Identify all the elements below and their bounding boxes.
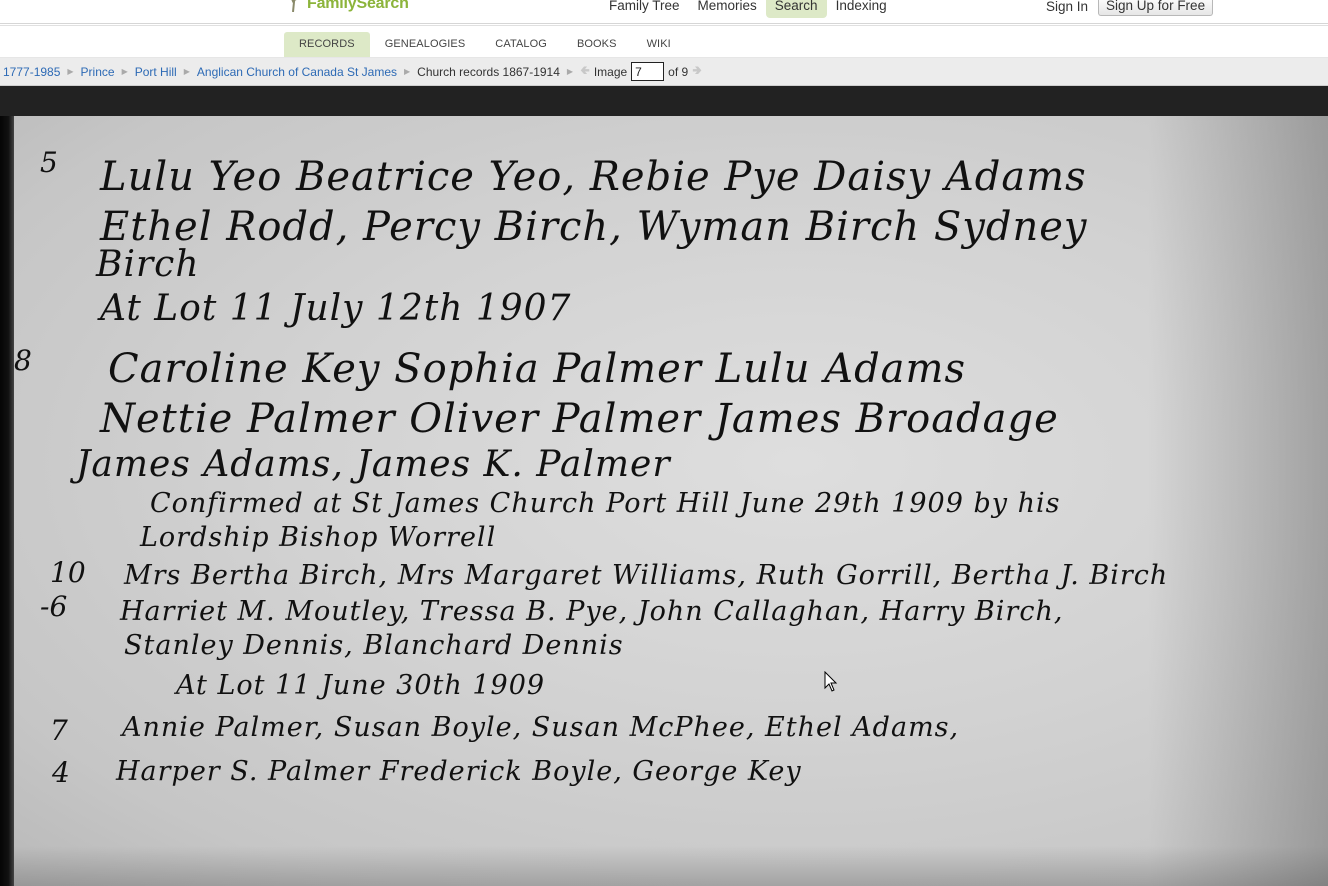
handwritten-line: Confirmed at St James Church Port Hill J…	[150, 488, 1060, 519]
breadcrumb: 1777-1985 ▶ Prince ▶ Port Hill ▶ Anglica…	[0, 58, 1328, 86]
page-edge	[0, 116, 14, 886]
tab-books[interactable]: BOOKS	[562, 32, 632, 57]
handwritten-line: Ethel Rodd, Percy Birch, Wyman Birch Syd…	[100, 204, 1088, 250]
breadcrumb-item-prince[interactable]: Prince	[81, 65, 115, 79]
handwritten-line: Stanley Dennis, Blanchard Dennis	[124, 630, 624, 661]
next-image-arrow-icon[interactable]: 🢂	[692, 61, 702, 82]
viewer-toolbar	[0, 86, 1328, 116]
image-total: of 9	[668, 65, 688, 79]
sign-up-button[interactable]: Sign Up for Free	[1098, 0, 1213, 16]
handwritten-line: Harper S. Palmer Frederick Boyle, George…	[116, 756, 802, 787]
page-shadow-bottom	[0, 846, 1328, 886]
chevron-right-icon: ▶	[60, 67, 80, 76]
logo-text: FamilySearch	[307, 0, 409, 13]
tab-catalog[interactable]: CATALOG	[480, 32, 562, 57]
handwritten-line: James Adams, James K. Palmer	[76, 444, 671, 485]
tab-wiki[interactable]: WIKI	[632, 32, 686, 57]
handwritten-line: Birch	[96, 244, 200, 285]
tab-records[interactable]: RECORDS	[284, 32, 370, 57]
tab-genealogies[interactable]: GENEALOGIES	[370, 32, 481, 57]
tree-logo-icon	[290, 0, 304, 12]
top-header: FamilySearch Family Tree Memories Search…	[0, 0, 1328, 24]
image-label: Image	[594, 65, 627, 79]
margin-number: 4	[52, 756, 70, 789]
nav-search[interactable]: Search	[766, 0, 827, 18]
margin-number: 8	[14, 344, 32, 377]
previous-image-arrow-icon[interactable]: 🢀	[580, 61, 590, 82]
chevron-right-icon: ▶	[177, 67, 197, 76]
handwritten-line: Annie Palmer, Susan Boyle, Susan McPhee,…	[122, 712, 959, 743]
breadcrumb-item-port-hill[interactable]: Port Hill	[135, 65, 177, 79]
sub-header: RECORDS GENEALOGIES CATALOG BOOKS WIKI	[0, 25, 1328, 58]
handwritten-line: At Lot 11 June 30th 1909	[176, 670, 545, 701]
handwritten-line: Lordship Bishop Worrell	[140, 522, 496, 553]
breadcrumb-item-church[interactable]: Anglican Church of Canada St James	[197, 65, 397, 79]
page-shadow-right	[1148, 116, 1328, 886]
sub-nav: RECORDS GENEALOGIES CATALOG BOOKS WIKI	[284, 32, 686, 57]
nav-indexing[interactable]: Indexing	[827, 0, 896, 18]
margin-number: 10	[50, 556, 86, 589]
margin-number: 5	[40, 146, 58, 179]
image-number-input[interactable]	[631, 62, 664, 81]
handwritten-line: Lulu Yeo Beatrice Yeo, Rebie Pye Daisy A…	[100, 154, 1087, 200]
breadcrumb-item-records: Church records 1867-1914	[417, 65, 560, 79]
mouse-cursor-icon	[824, 671, 838, 693]
breadcrumb-item-years[interactable]: 1777-1985	[3, 65, 60, 79]
handwritten-line: Caroline Key Sophia Palmer Lulu Adams	[108, 346, 966, 392]
handwritten-line: Harriet M. Moutley, Tressa B. Pye, John …	[120, 596, 1063, 627]
image-navigator: 🢀 Image of 9 🢂	[580, 61, 702, 82]
chevron-right-icon: ▶	[115, 67, 135, 76]
margin-number: -6	[40, 590, 67, 623]
handwritten-line: Nettie Palmer Oliver Palmer James Broada…	[100, 396, 1059, 442]
handwritten-line: At Lot 11 July 12th 1907	[100, 288, 571, 329]
handwritten-line: Mrs Bertha Birch, Mrs Margaret Williams,…	[124, 560, 1168, 591]
main-nav: Family Tree Memories Search Indexing	[600, 0, 896, 18]
auth-area: Sign In Sign Up for Free	[1046, 0, 1213, 18]
margin-number: 7	[50, 714, 68, 747]
familysearch-logo[interactable]: FamilySearch	[290, 0, 409, 14]
chevron-right-icon: ▶	[560, 67, 580, 76]
chevron-right-icon: ▶	[397, 67, 417, 76]
record-image-viewer[interactable]: Lulu Yeo Beatrice Yeo, Rebie Pye Daisy A…	[0, 116, 1328, 886]
sign-in-link[interactable]: Sign In	[1046, 0, 1088, 14]
nav-memories[interactable]: Memories	[689, 0, 766, 18]
nav-family-tree[interactable]: Family Tree	[600, 0, 689, 18]
